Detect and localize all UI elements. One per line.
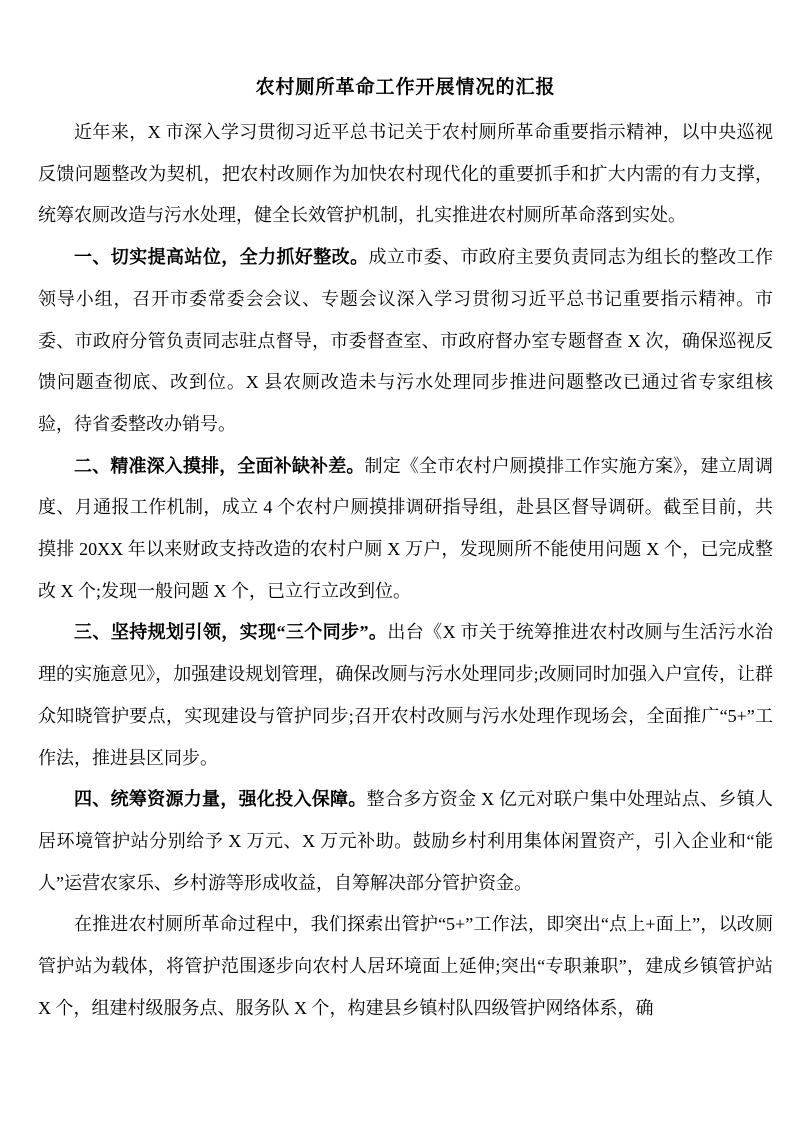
paragraph-section-3: 三、坚持规划引领，实现“三个同步”。出台《X 市关于统筹推进农村改厕与生活污水治… [38, 612, 773, 779]
paragraph-section-3-lead: 三、坚持规划引领，实现“三个同步”。 [74, 622, 387, 642]
paragraph-section-2-text: 制定《全市农村户厕摸排工作实施方案》，建立周调度、月通报工作机制，成立 4 个农… [38, 456, 773, 601]
document-page: 农村厕所革命工作开展情况的汇报 近年来，X 市深入学习贯彻习近平总书记关于农村厕… [0, 0, 793, 1122]
paragraph-section-3-text: 出台《X 市关于统筹推进农村改厕与生活污水治理的实施意见》，加强建设规划管理，确… [38, 622, 773, 767]
paragraph-intro-text: 近年来，X 市深入学习贯彻习近平总书记关于农村厕所革命重要指示精神，以中央巡视反… [38, 122, 773, 225]
paragraph-intro: 近年来，X 市深入学习贯彻习近平总书记关于农村厕所革命重要指示精神，以中央巡视反… [38, 112, 773, 237]
paragraph-section-4: 四、统筹资源力量，强化投入保障。整合多方资金 X 亿元对联户集中处理站点、乡镇人… [38, 779, 773, 904]
document-title: 农村厕所革命工作开展情况的汇报 [38, 67, 773, 109]
paragraph-section-1-text: 成立市委、市政府主要负责同志为组长的整改工作领导小组，召开市委常委会会议、专题会… [38, 247, 773, 434]
paragraph-section-2: 二、精准深入摸排，全面补缺补差。制定《全市农村户厕摸排工作实施方案》，建立周调度… [38, 446, 773, 613]
paragraph-section-1: 一、切实提高站位，全力抓好整改。成立市委、市政府主要负责同志为组长的整改工作领导… [38, 237, 773, 446]
paragraph-section-4-lead: 四、统筹资源力量，强化投入保障。 [74, 789, 367, 809]
paragraph-section-2-lead: 二、精准深入摸排，全面补缺补差。 [74, 456, 365, 476]
paragraph-closing-text: 在推进农村厕所革命过程中，我们探索出管护“5+”工作法，即突出“点上+面上”，以… [38, 914, 773, 1017]
paragraph-section-1-lead: 一、切实提高站位，全力抓好整改。 [74, 247, 369, 267]
paragraph-closing: 在推进农村厕所革命过程中，我们探索出管护“5+”工作法，即突出“点上+面上”，以… [38, 904, 773, 1029]
